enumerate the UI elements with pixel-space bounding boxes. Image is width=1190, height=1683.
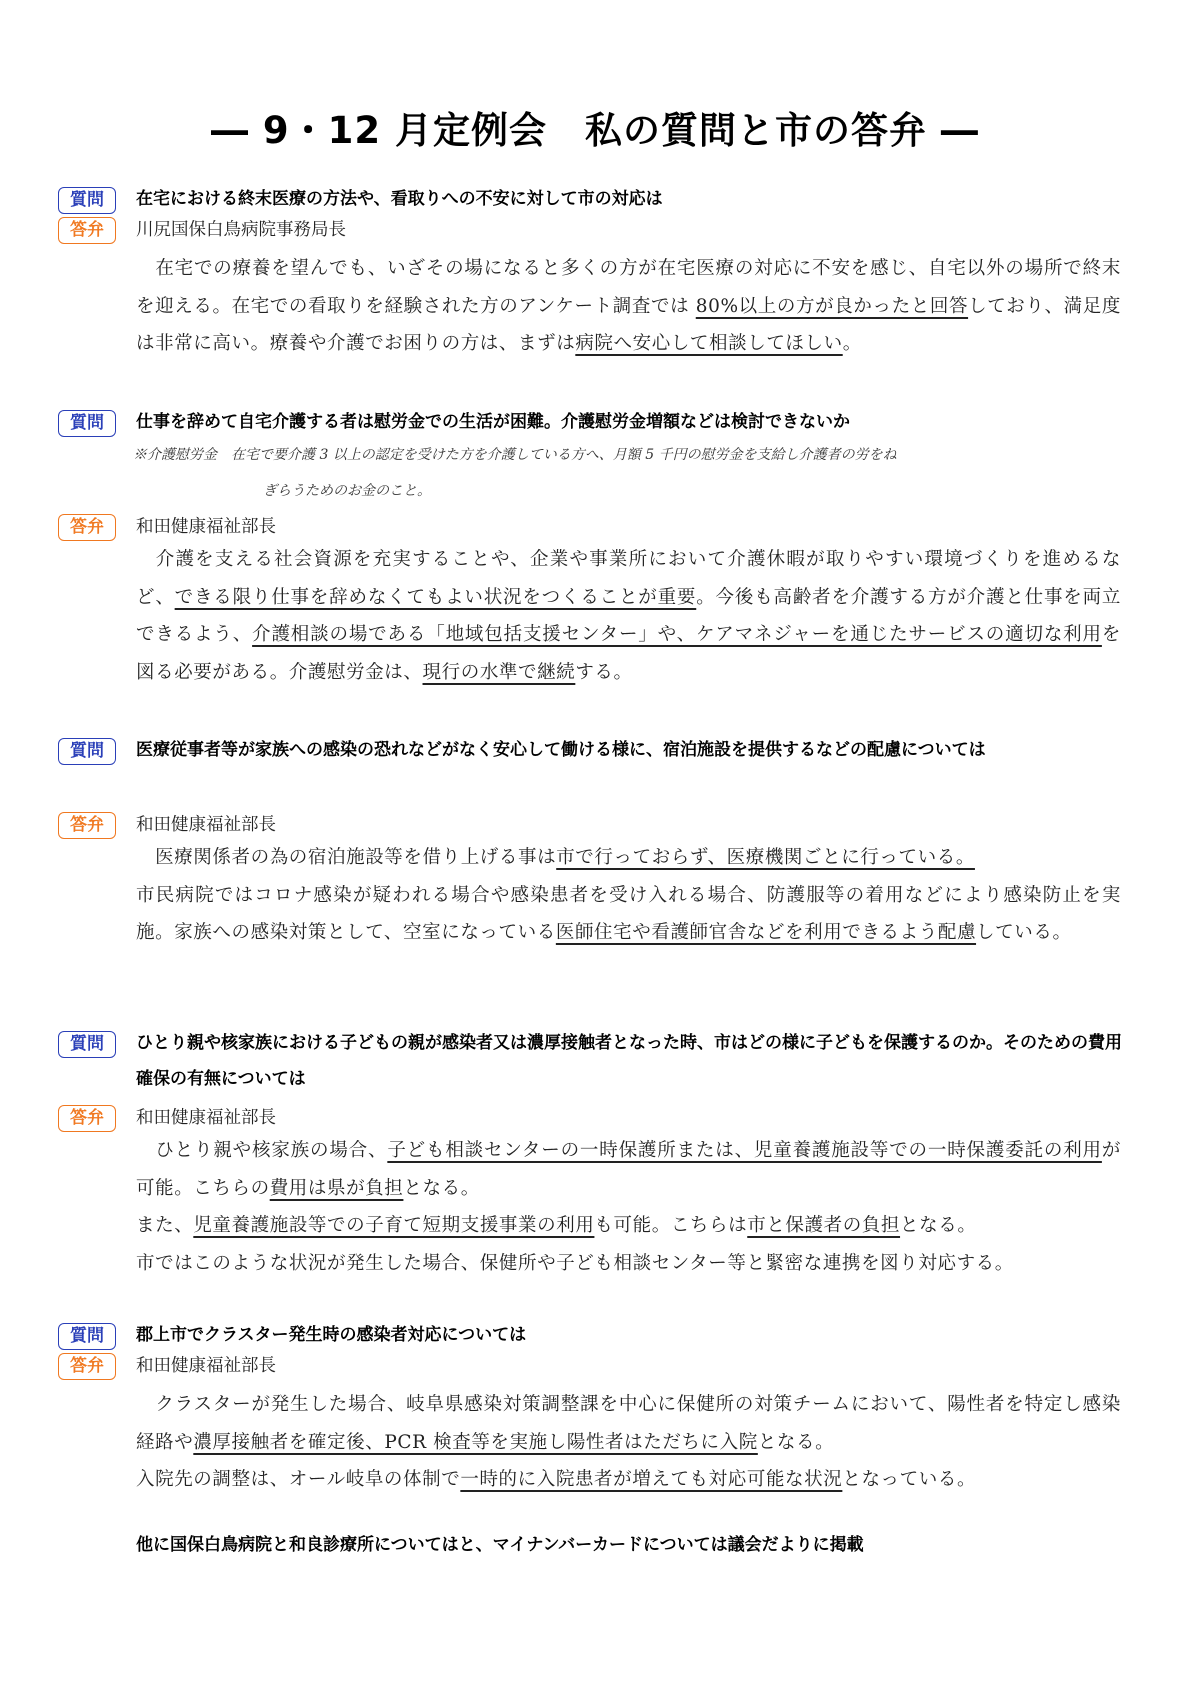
answer-paragraph: クラスターが発生した場合、岐阜県感染対策調整課を中心に保健所の対策チームにおいて… bbox=[136, 1386, 1121, 1461]
page-title: ― 9・12 月定例会 私の質問と市の答弁 ― bbox=[0, 100, 1190, 154]
answer-body: 在宅での療養を望んでも、いざその場になると多くの方が在宅医療の対応に不安を感じ、… bbox=[136, 250, 1121, 363]
answer-body: 医療関係者の為の宿泊施設等を借り上げる事は市で行っておらず、医療機関ごとに行って… bbox=[136, 839, 1121, 952]
answer-body: クラスターが発生した場合、岐阜県感染対策調整課を中心に保健所の対策チームにおいて… bbox=[136, 1386, 1121, 1499]
respondent: 川尻国保白鳥病院事務局長 bbox=[136, 214, 346, 246]
underlined-emphasis: 医師住宅や看護師官舎などを利用できるよう配慮 bbox=[556, 922, 976, 943]
qa-item-3: 質問 医療従事者等が家族への感染の恐れなどがなく安心して働ける様に、宿泊施設を提… bbox=[0, 735, 1190, 805]
qa-item-2: 質問 仕事を辞めて自宅介護する者は慰労金での生活が困難。介護慰労金増額などは検討… bbox=[0, 407, 1190, 439]
answer-text: となっている。 bbox=[842, 1469, 976, 1490]
underlined-emphasis: 費用は県が負担 bbox=[270, 1178, 404, 1199]
answer-text: ひとり親や核家族の場合、 bbox=[136, 1140, 387, 1161]
question-text: ひとり親や核家族における子どもの親が感染者又は濃厚接触者となった時、市はどの様に… bbox=[136, 1025, 1130, 1097]
answer-text: となる。 bbox=[758, 1432, 834, 1453]
answer-text: 。 bbox=[843, 333, 862, 354]
answer-badge: 答弁 bbox=[58, 812, 116, 839]
qa-item-1: 質問 在宅における終末医療の方法や、看取りへの不安に対して市の対応は 答弁 川尻… bbox=[0, 184, 1190, 248]
footer-note: 他に国保白鳥病院と和良診療所についてはと、マイナンバーカードについては議会だより… bbox=[136, 1530, 864, 1555]
question-text: 医療従事者等が家族への感染の恐れなどがなく安心して働ける様に、宿泊施設を提供する… bbox=[136, 732, 1130, 768]
footnote-line-1: ※介護慰労金 在宅で要介護 3 以上の認定を受けた方を介護している方へ、月額 5… bbox=[133, 447, 897, 463]
answer-paragraph: 入院先の調整は、オール岐阜の体制で一時的に入院患者が増えても対応可能な状況となっ… bbox=[136, 1461, 1121, 1499]
answer-paragraph: また、児童養護施設等での子育て短期支援事業の利用も可能。こちらは市と保護者の負担… bbox=[136, 1207, 1121, 1245]
answer-badge: 答弁 bbox=[58, 514, 116, 541]
underlined-emphasis: 80%以上の方が良かったと回答 bbox=[696, 296, 968, 317]
answer-badge: 答弁 bbox=[58, 217, 116, 244]
respondent: 和田健康福祉部長 bbox=[136, 1102, 276, 1134]
answer-paragraph: 医療関係者の為の宿泊施設等を借り上げる事は市で行っておらず、医療機関ごとに行って… bbox=[136, 839, 1121, 877]
question-badge: 質問 bbox=[58, 1323, 116, 1350]
answer-badge: 答弁 bbox=[58, 1105, 116, 1132]
question-badge: 質問 bbox=[58, 738, 116, 765]
respondent: 和田健康福祉部長 bbox=[136, 1350, 276, 1382]
answer-text: また、 bbox=[136, 1215, 193, 1236]
answer-text: も可能。こちらは bbox=[594, 1215, 747, 1236]
question-text: 在宅における終末医療の方法や、看取りへの不安に対して市の対応は bbox=[136, 181, 1130, 217]
qa-item-5: 質問 郡上市でクラスター発生時の感染者対応については 答弁 和田健康福祉部長 ク… bbox=[0, 1320, 1190, 1384]
answer-paragraph: 介護を支える社会資源を充実することや、企業や事業所において介護休暇が取りやすい環… bbox=[136, 541, 1121, 691]
answer-text: している。 bbox=[976, 922, 1072, 943]
underlined-emphasis: 介護相談の場である「地域包括支援センター」や、ケアマネジャーを通じたサービスの適… bbox=[252, 624, 1102, 645]
underlined-emphasis: 市で行っておらず、医療機関ごとに行っている。 bbox=[556, 847, 975, 868]
underlined-emphasis: 病院へ安心して相談してほしい bbox=[575, 333, 842, 354]
answer-text: となる。 bbox=[900, 1215, 976, 1236]
underlined-emphasis: 子ども相談センターの一時保護所または、児童養護施設等での一時保護委託の利用 bbox=[387, 1140, 1102, 1161]
answer-text: する。 bbox=[575, 662, 632, 683]
footnote: ※介護慰労金 在宅で要介護 3 以上の認定を受けた方を介護している方へ、月額 5… bbox=[133, 437, 1130, 509]
underlined-emphasis: 現行の水準で継続 bbox=[423, 662, 576, 683]
answer-paragraph: 市民病院ではコロナ感染が疑われる場合や感染患者を受け入れる場合、防護服等の着用な… bbox=[136, 877, 1121, 952]
underlined-emphasis: 一時的に入院患者が増えても対応可能な状況 bbox=[460, 1469, 842, 1490]
question-text: 仕事を辞めて自宅介護する者は慰労金での生活が困難。介護慰労金増額などは検討できな… bbox=[136, 404, 1130, 440]
question-badge: 質問 bbox=[58, 187, 116, 214]
answer-body: 介護を支える社会資源を充実することや、企業や事業所において介護休暇が取りやすい環… bbox=[136, 541, 1121, 691]
question-badge: 質問 bbox=[58, 410, 116, 437]
answer-paragraph: ひとり親や核家族の場合、子ども相談センターの一時保護所または、児童養護施設等での… bbox=[136, 1132, 1121, 1207]
underlined-emphasis: 市と保護者の負担 bbox=[747, 1215, 900, 1236]
answer-body: ひとり親や核家族の場合、子ども相談センターの一時保護所または、児童養護施設等での… bbox=[136, 1132, 1121, 1282]
question-badge: 質問 bbox=[58, 1031, 116, 1058]
answer-paragraph: 市ではこのような状況が発生した場合、保健所や子ども相談センター等と緊密な連携を図… bbox=[136, 1245, 1121, 1283]
underlined-emphasis: 濃厚接触者を確定後、PCR 検査等を実施し陽性者はただちに入院 bbox=[193, 1432, 758, 1453]
underlined-emphasis: できる限り仕事を辞めなくてもよい状況をつくることが重要 bbox=[175, 587, 697, 608]
answer-text: 医療関係者の為の宿泊施設等を借り上げる事は bbox=[136, 847, 556, 868]
answer-paragraph: 在宅での療養を望んでも、いざその場になると多くの方が在宅医療の対応に不安を感じ、… bbox=[136, 250, 1121, 363]
respondent: 和田健康福祉部長 bbox=[136, 809, 276, 841]
answer-text: 市ではこのような状況が発生した場合、保健所や子ども相談センター等と緊密な連携を図… bbox=[136, 1253, 1014, 1274]
footnote-line-2: ぎらうためのお金のこと。 bbox=[133, 473, 1130, 509]
answer-text: 入院先の調整は、オール岐阜の体制で bbox=[136, 1469, 460, 1490]
qa-item-4: 質問 ひとり親や核家族における子どもの親が感染者又は濃厚接触者となった時、市はど… bbox=[0, 1028, 1190, 1098]
answer-text: となる。 bbox=[403, 1178, 479, 1199]
answer-badge: 答弁 bbox=[58, 1353, 116, 1380]
underlined-emphasis: 児童養護施設等での子育て短期支援事業の利用 bbox=[193, 1215, 594, 1236]
question-text: 郡上市でクラスター発生時の感染者対応については bbox=[136, 1317, 1130, 1353]
respondent: 和田健康福祉部長 bbox=[136, 511, 276, 543]
